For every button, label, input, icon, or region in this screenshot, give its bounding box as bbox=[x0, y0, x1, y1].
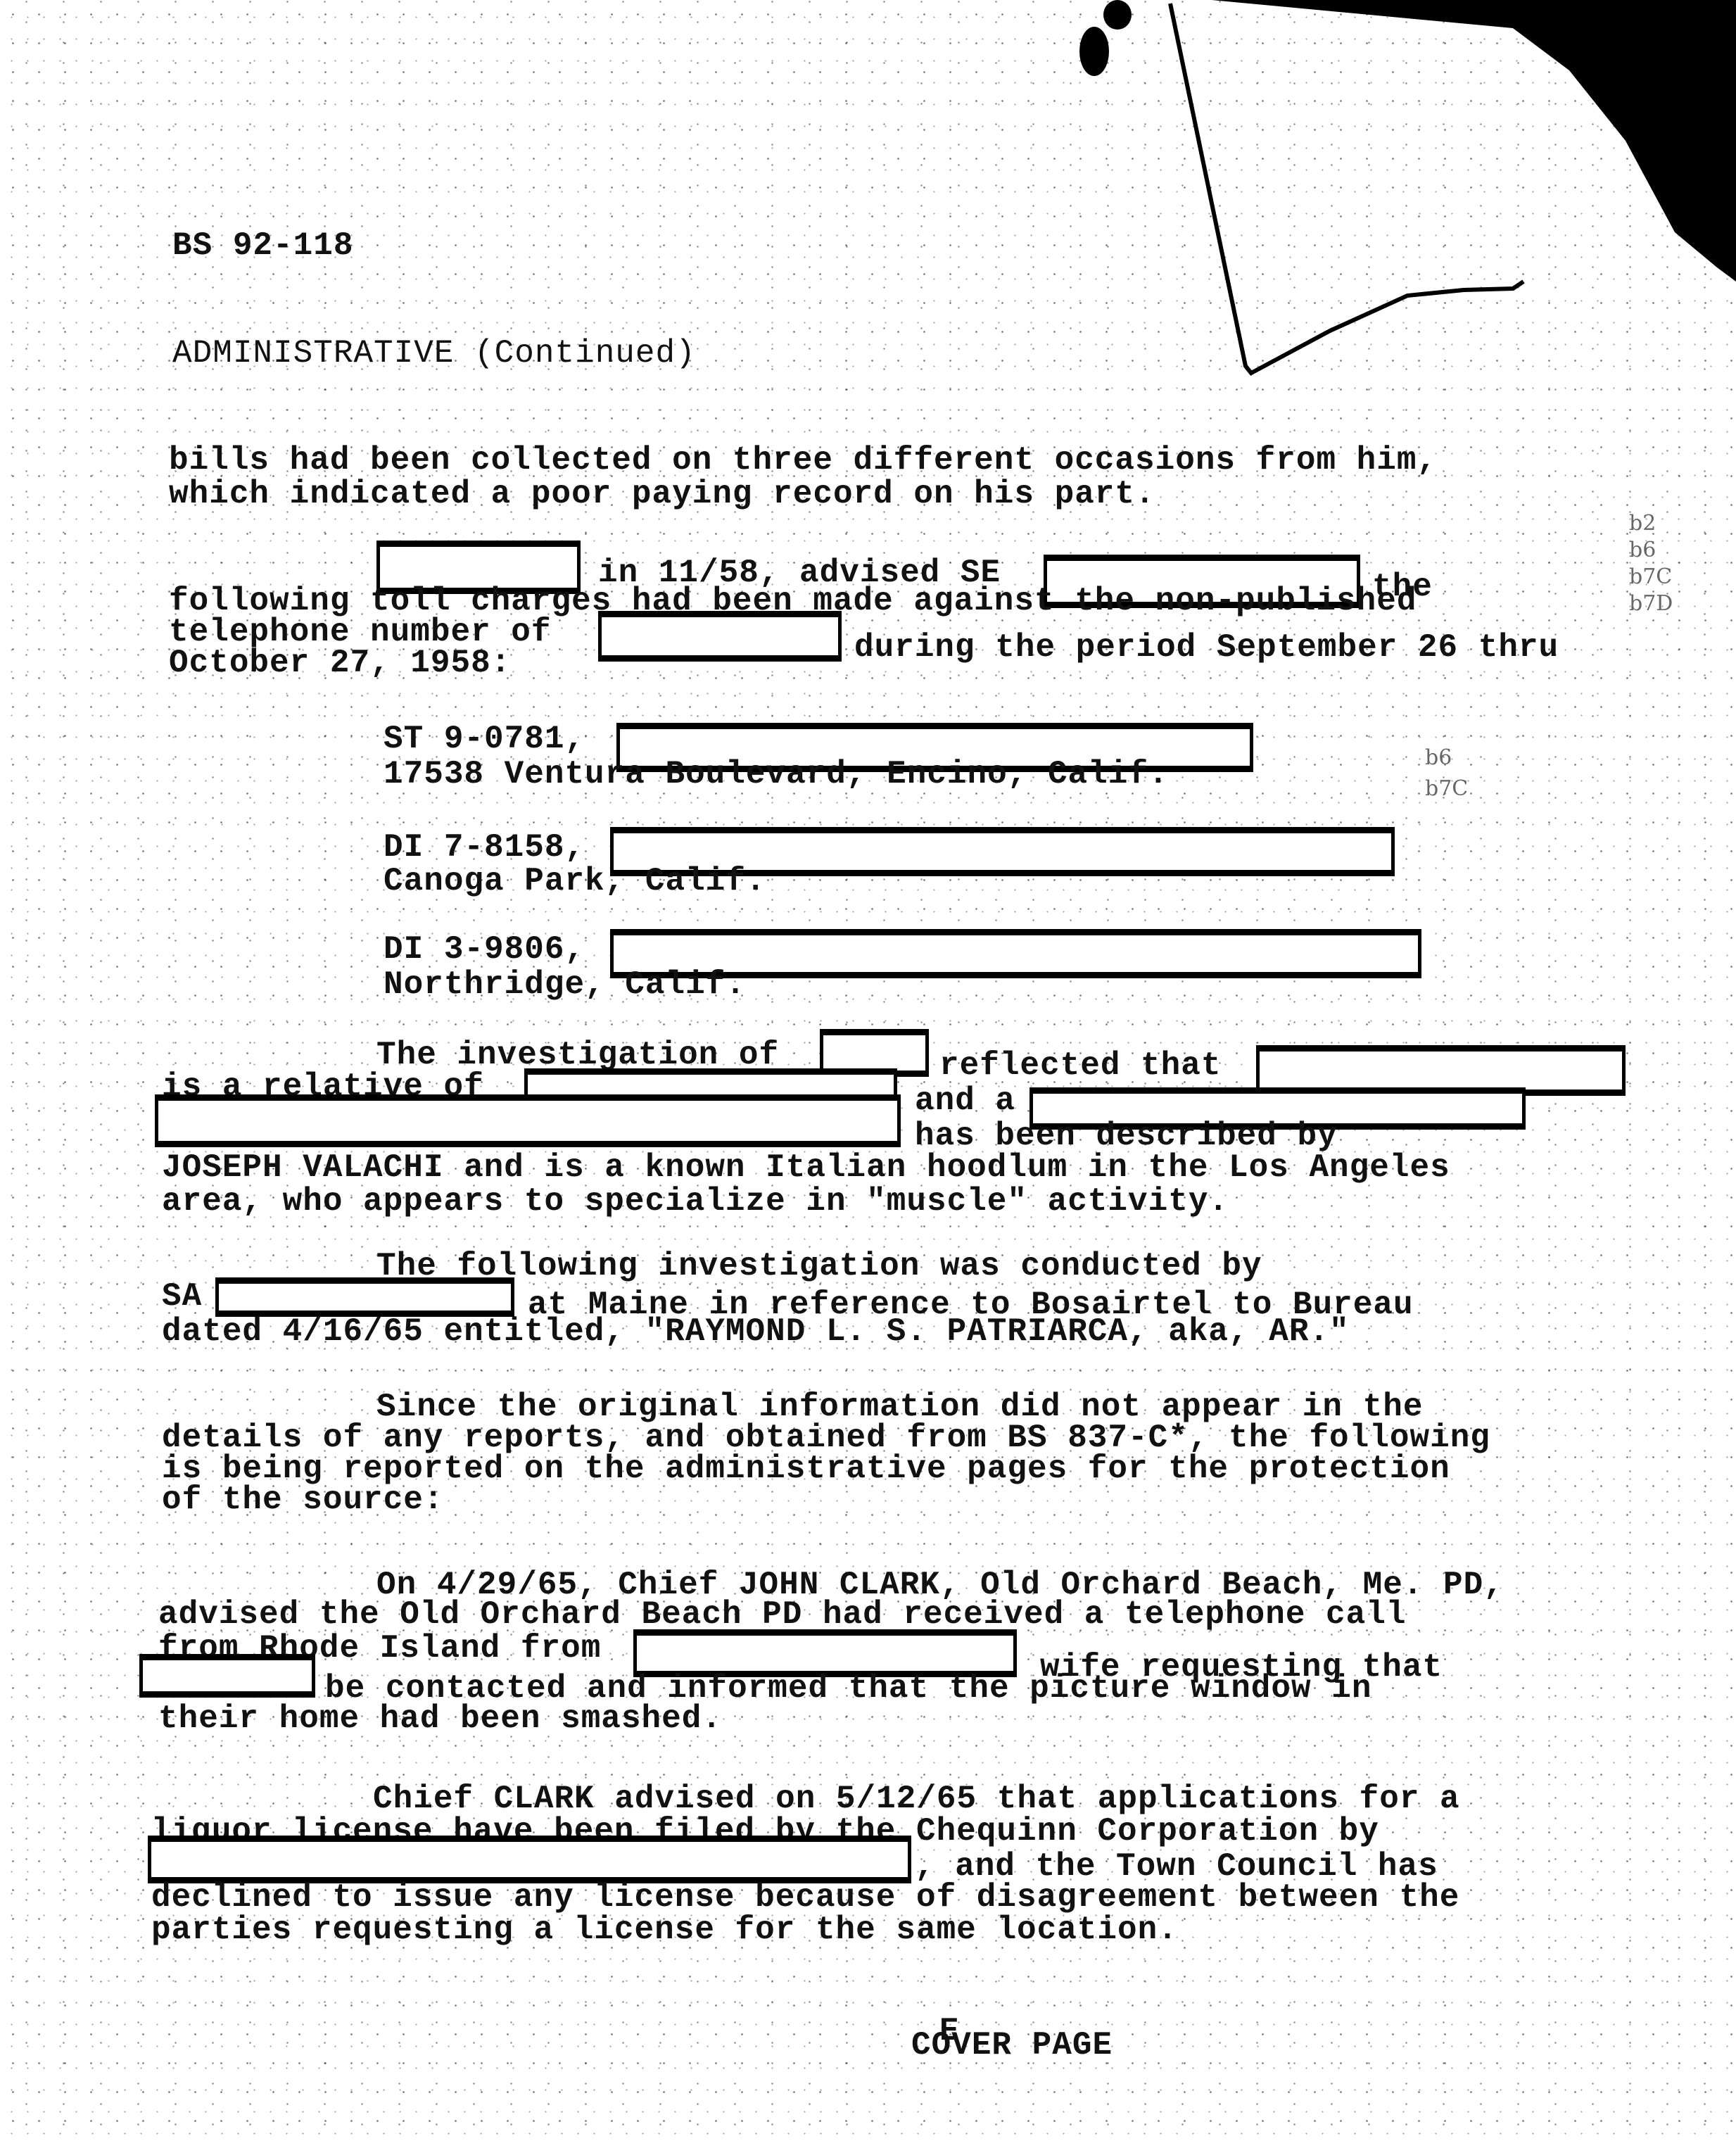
text-line: Since the original information did not a… bbox=[376, 1390, 1423, 1424]
text-line: dated 4/16/65 entitled, "RAYMOND L. S. P… bbox=[162, 1315, 1350, 1349]
text-line: is being reported on the administrative … bbox=[162, 1452, 1450, 1486]
text-line: October 27, 1958: bbox=[169, 646, 511, 680]
text-line: of the source: bbox=[162, 1483, 443, 1517]
phone-number: DI 3-9806, bbox=[384, 933, 585, 966]
phone-number: DI 7-8158, bbox=[384, 830, 585, 864]
text-line: details of any reports, and obtained fro… bbox=[162, 1421, 1490, 1455]
redaction-box bbox=[139, 1654, 315, 1698]
text-line: SA bbox=[162, 1280, 202, 1313]
file-number: BS 92-118 bbox=[172, 229, 353, 263]
text-line: and a bbox=[915, 1084, 1015, 1118]
redaction-box bbox=[215, 1277, 514, 1317]
text-line: bills had been collected on three differ… bbox=[169, 443, 1437, 477]
exemption-code: b2 bbox=[1629, 510, 1673, 537]
paragraph-bills: bills had been collected on three differ… bbox=[169, 443, 249, 579]
exemption-code: b6 bbox=[1629, 537, 1673, 564]
exemption-code: b7C bbox=[1425, 773, 1468, 804]
text-line: , and the Town Council has bbox=[915, 1850, 1438, 1883]
paragraph-source-protection: Since the original information did not a… bbox=[162, 1390, 242, 1593]
address-line: Northridge, Calif. bbox=[384, 968, 746, 1002]
text-line: Chief CLARK advised on 5/12/65 that appl… bbox=[373, 1782, 1460, 1816]
exemption-code: b6 bbox=[1425, 743, 1468, 773]
phone-number: ST 9-0781, bbox=[384, 722, 585, 756]
exemption-codes: b2 b6 b7C b7D bbox=[1629, 510, 1673, 617]
redaction-box bbox=[155, 1094, 901, 1147]
section-heading: ADMINISTRATIVE (Continued) bbox=[172, 336, 696, 370]
cover-page-label: COVER PAGE bbox=[911, 2028, 1113, 2062]
address-line: 17538 Ventura Boulevard, Encino, Calif. bbox=[384, 757, 1169, 791]
redaction-box bbox=[148, 1836, 911, 1883]
text-line: parties requesting a license for the sam… bbox=[151, 1913, 1178, 1947]
text-line: area, who appears to specialize in "musc… bbox=[162, 1185, 1229, 1218]
exemption-code: b7C bbox=[1629, 564, 1673, 590]
text-line: telephone number of bbox=[169, 615, 552, 649]
address-line: Canoga Park, Calif. bbox=[384, 864, 766, 898]
redaction-box bbox=[598, 611, 842, 662]
text-line: their home had been smashed. bbox=[158, 1702, 722, 1736]
text-line: reflected that bbox=[939, 1049, 1221, 1082]
text-line: The investigation of bbox=[376, 1038, 779, 1072]
text-line: declined to issue any license because of… bbox=[151, 1881, 1459, 1914]
exemption-codes-secondary: b6 b7C bbox=[1425, 743, 1468, 804]
text-line: has been described by bbox=[915, 1119, 1338, 1153]
text-line: which indicated a poor paying record on … bbox=[169, 477, 1155, 511]
document-page: BS 92-118 ADMINISTRATIVE (Continued) b2 … bbox=[0, 0, 1736, 2141]
exemption-code: b7D bbox=[1629, 590, 1673, 617]
text-line: during the period September 26 thru bbox=[854, 631, 1559, 664]
text-line: advised the Old Orchard Beach PD had rec… bbox=[158, 1598, 1406, 1631]
text-line: JOSEPH VALACHI and is a known Italian ho… bbox=[162, 1151, 1450, 1185]
